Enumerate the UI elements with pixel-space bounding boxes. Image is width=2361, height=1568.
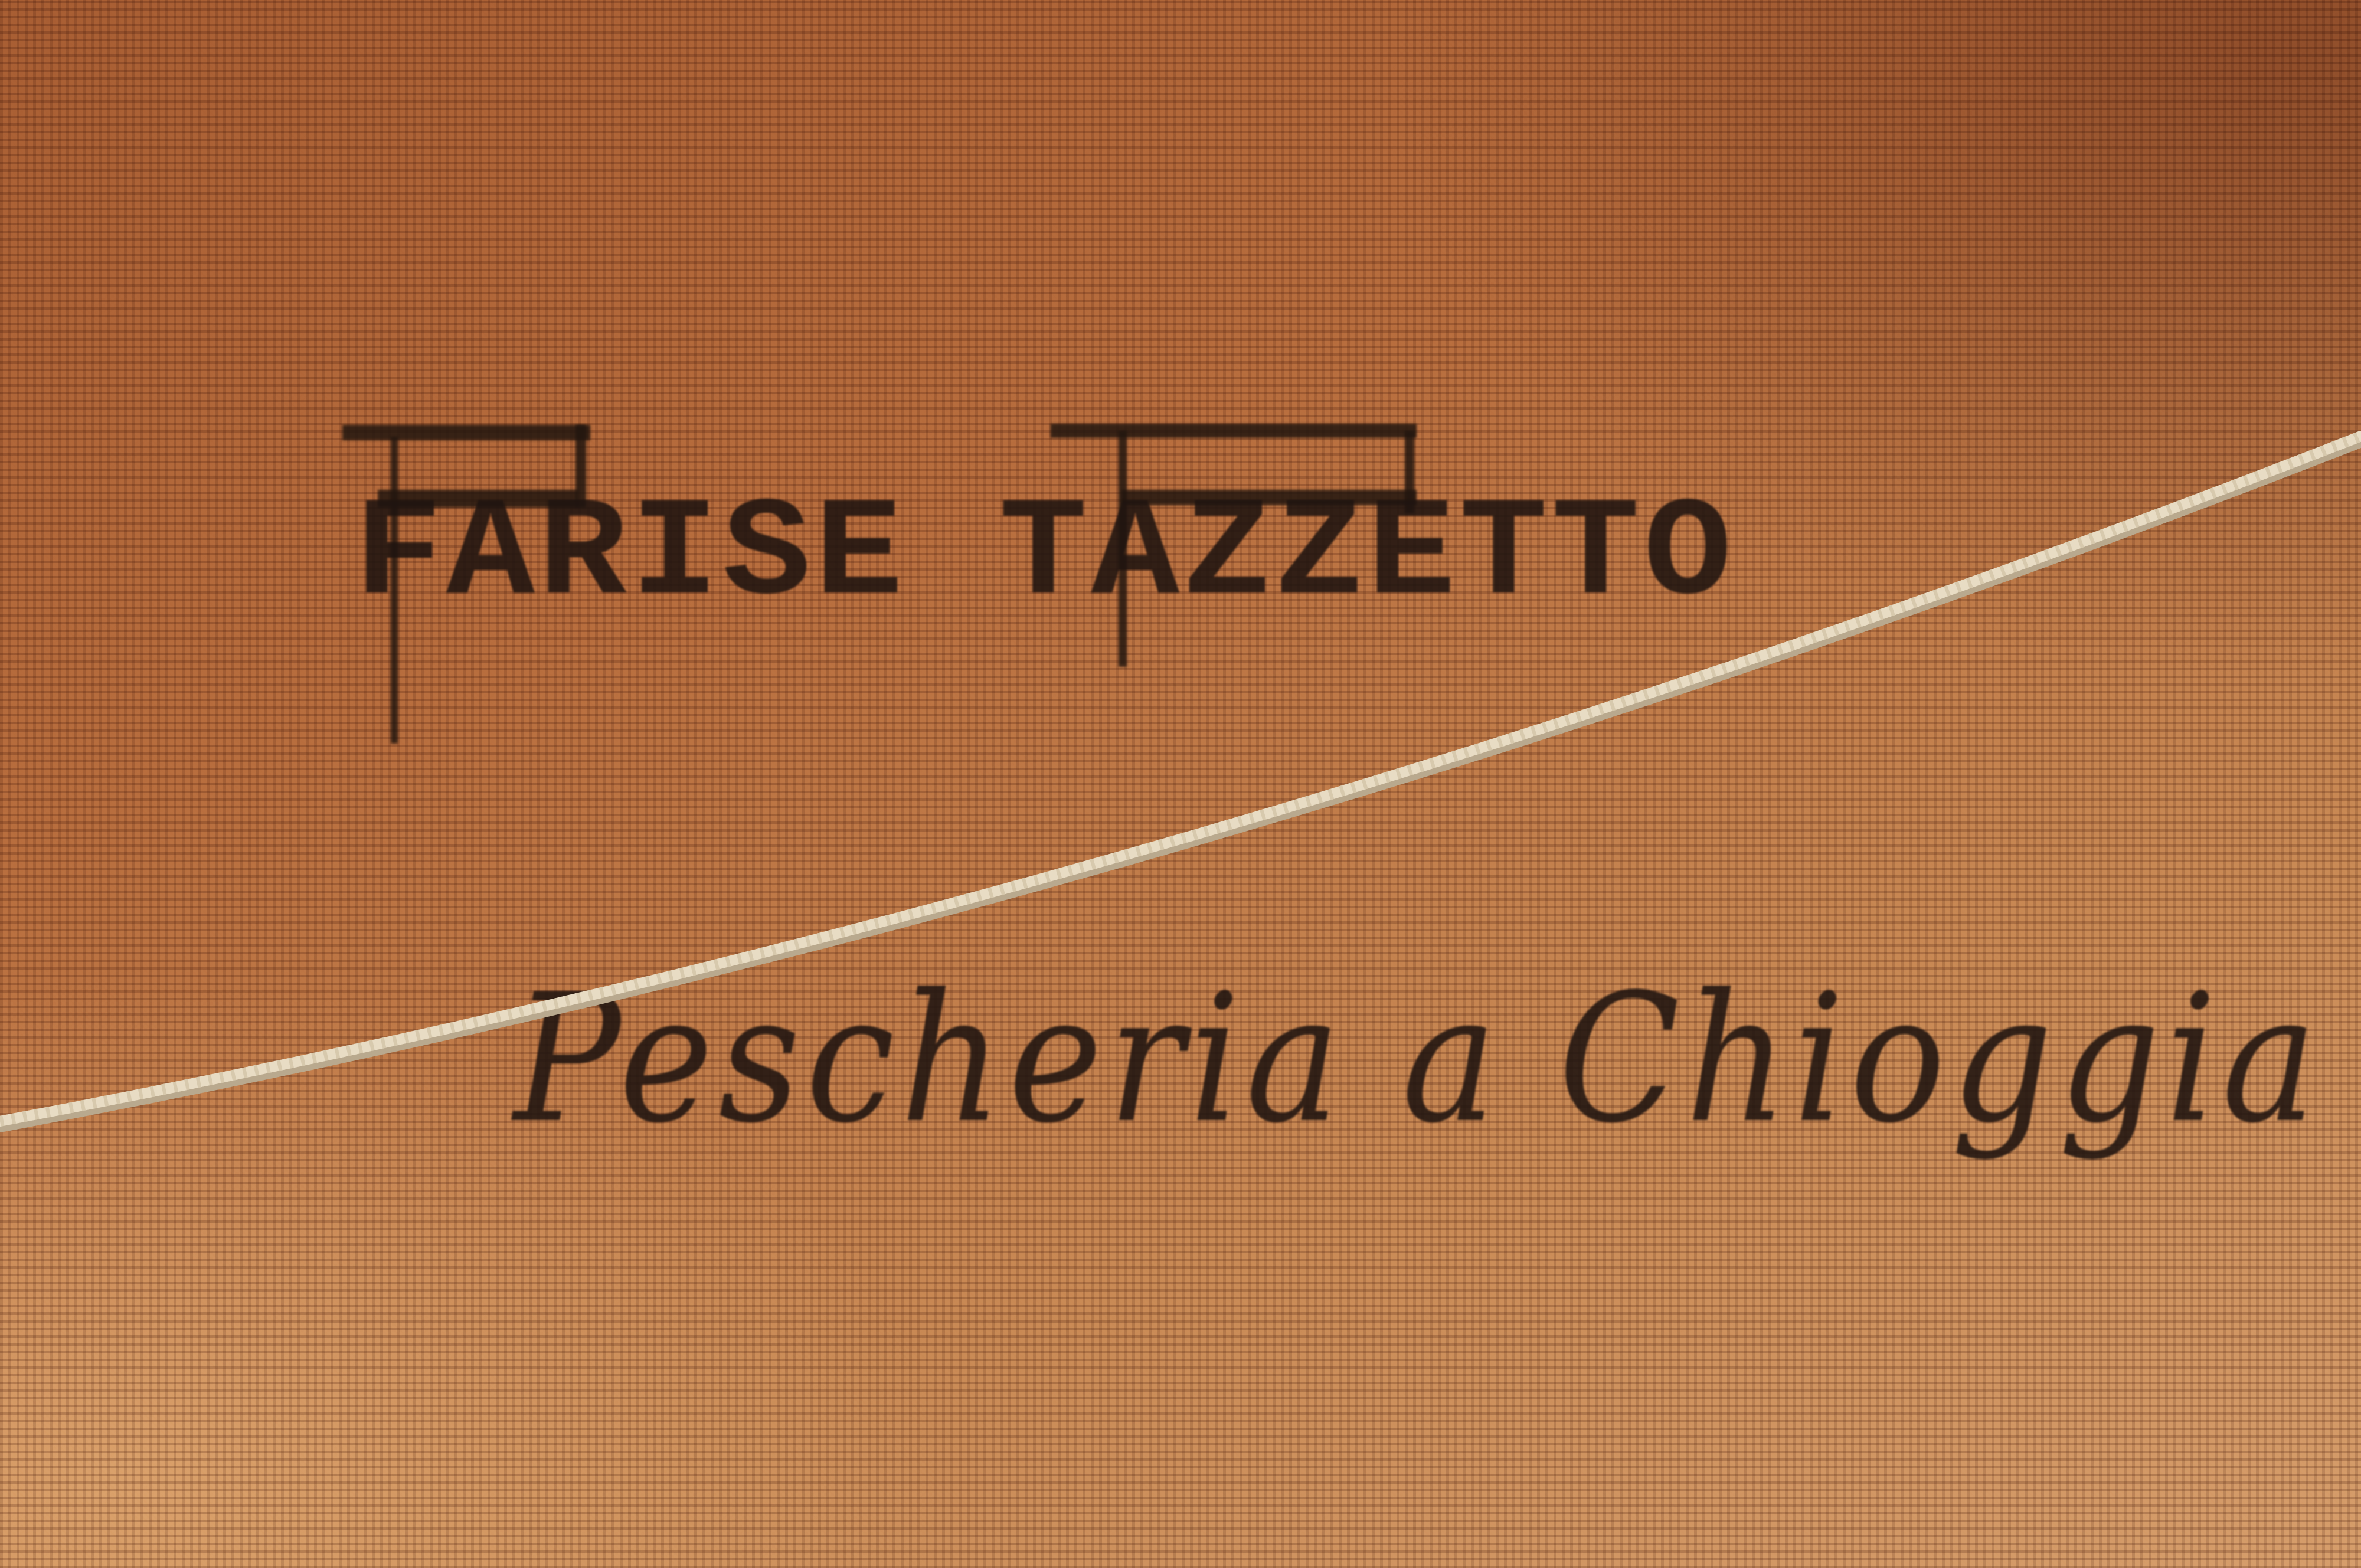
hanging-string <box>0 0 2361 1568</box>
